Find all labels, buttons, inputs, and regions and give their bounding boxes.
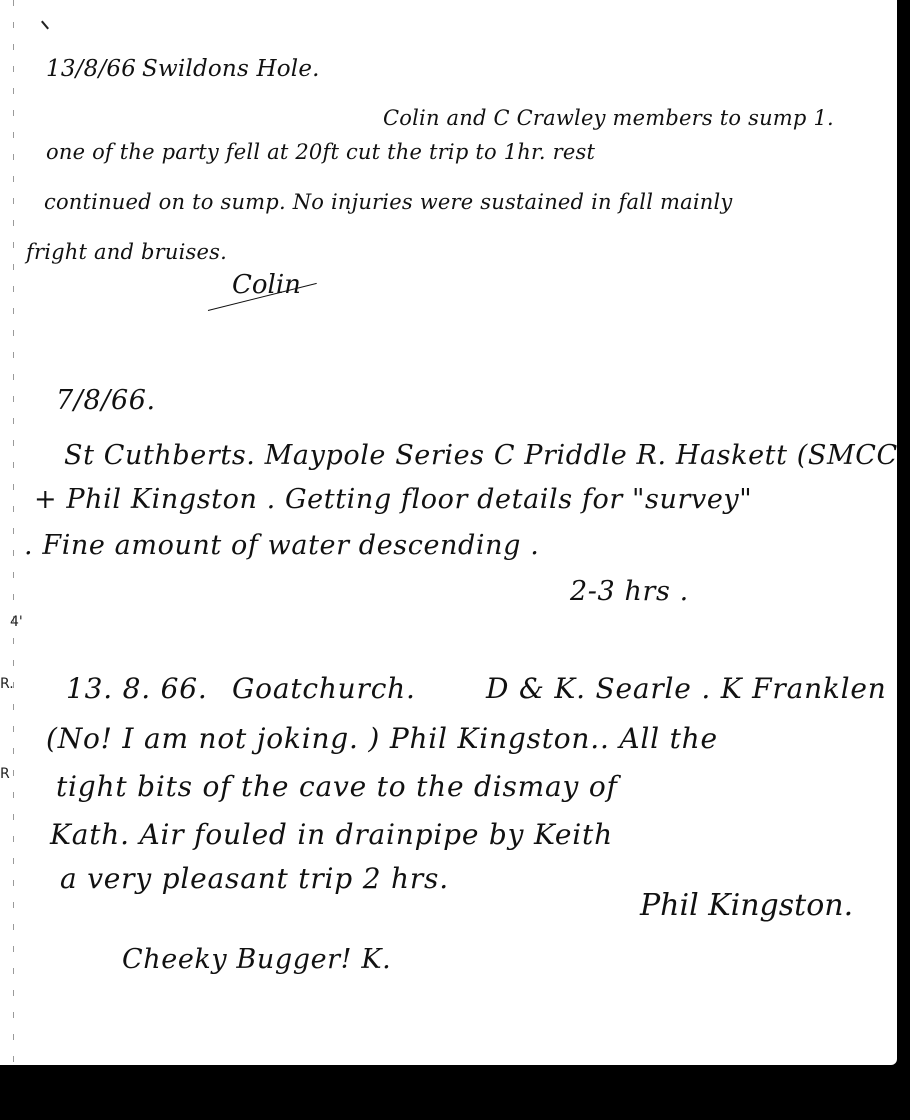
pen-tick-mark <box>41 21 49 30</box>
entry-2-line-1: St Cuthberts. Maypole Series C Priddle R… <box>64 440 898 471</box>
entry-3-line-3: tight bits of the cave to the dismay of <box>56 770 618 803</box>
scan-edge-shadow <box>897 0 910 1120</box>
entry-2-date: 7/8/66. <box>56 385 156 416</box>
entry-1-line-1: Colin and C Crawley members to sump 1. <box>383 106 834 130</box>
entry-1-line-4: fright and bruises. <box>26 240 227 264</box>
page-margin-line <box>13 0 14 1065</box>
entry-3-line-5: a very pleasant trip 2 hrs. <box>60 862 449 895</box>
entry-3-signature: Phil Kingston. <box>640 888 853 923</box>
margin-note-1: 4' <box>10 614 23 630</box>
entry-3-line-2: (No! I am not joking. ) Phil Kingston.. … <box>46 722 718 755</box>
entry-1-location: Swildons Hole. <box>142 56 320 82</box>
entry-2-duration: 2-3 hrs . <box>570 576 689 607</box>
entry-3-location: Goatchurch. <box>232 672 416 705</box>
entry-1-line-2: one of the party fell at 20ft cut the tr… <box>46 140 595 164</box>
margin-note-2: R. <box>0 676 14 692</box>
entry-2-line-3: . Fine amount of water descending . <box>24 530 539 561</box>
logbook-page: 13/8/66 Swildons Hole. Colin and C Crawl… <box>0 0 897 1065</box>
margin-note-3: R <box>0 766 10 782</box>
entry-1-line-3: continued on to sump. No injuries were s… <box>44 190 732 214</box>
entry-1-date: 13/8/66 <box>46 56 136 82</box>
entry-3-date: 13. 8. 66. <box>66 672 208 705</box>
entry-3-line-4: Kath. Air fouled in drainpipe by Keith <box>50 818 613 851</box>
entry-3-line-1: D & K. Searle . K Franklen <box>486 672 887 705</box>
entry-2-line-2: + Phil Kingston . Getting floor details … <box>34 484 752 515</box>
entry-3-reply: Cheeky Bugger! K. <box>122 944 391 975</box>
